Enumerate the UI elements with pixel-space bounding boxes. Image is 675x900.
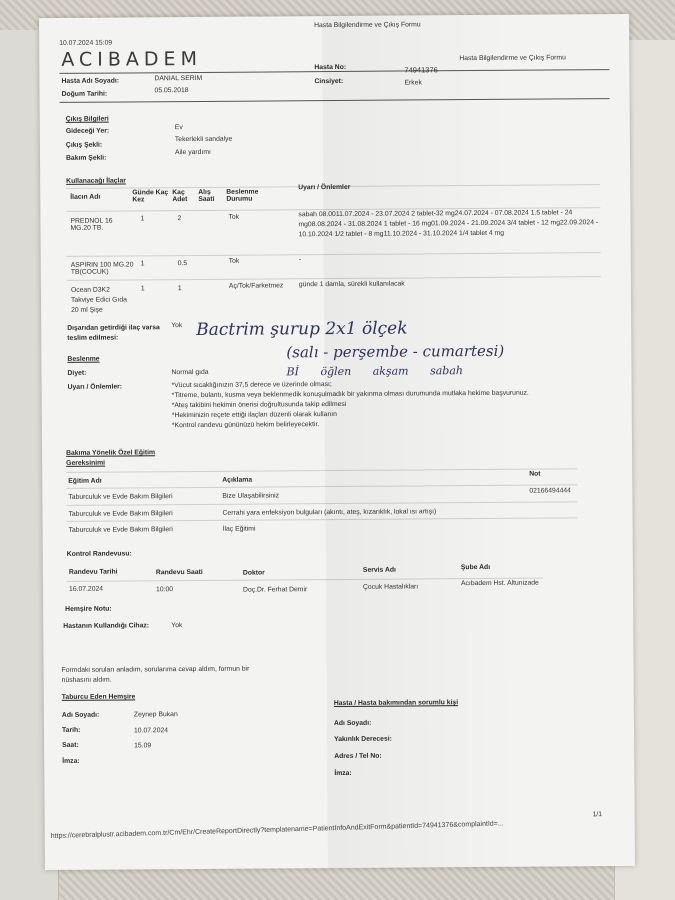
med-row-1-count: 2 [177, 215, 181, 222]
edu-row-3-desc: İlaç Eğitimi [223, 526, 256, 533]
med-col-time: Alış Saati [198, 189, 220, 203]
nurse-signature-label: İmza: [62, 758, 79, 765]
diet-label: Diyet: [67, 370, 86, 377]
edu-row-1-name: Taburculuk ve Evde Bakım Bilgileri [68, 493, 172, 501]
med-row-1-warning: sabah 08.0011.07.2024 - 23.07.2024 2 tab… [298, 208, 598, 240]
dob-value: 05.05.2018 [155, 87, 189, 94]
print-url: https://cerebralplustr.acibadem.com.tr/C… [51, 820, 504, 840]
med-row-3-nutrition: Aç/Tok/Farketmez [229, 282, 283, 289]
appointment-title: Kontrol Randevusu: [67, 550, 132, 557]
print-center-title: Hasta Bilgilendirme ve Çıkış Formu [314, 21, 421, 29]
discharge-title: Çıkış Bilgileri [66, 116, 109, 123]
nurse-note-label: Hemşire Notu: [65, 606, 112, 613]
med-row-2-nutrition: Tok [229, 258, 240, 265]
form-title: Hasta Bilgilendirme ve Çıkış Formu [459, 54, 566, 62]
exit-method-label: Çıkış Şekli: [66, 142, 102, 149]
patient-name: DANIAL SERIM [154, 75, 202, 82]
outside-meds-value: Yok [171, 322, 182, 329]
med-col-name: İlacın Adı [70, 194, 100, 201]
dob-label: Doğum Tarihi: [62, 91, 108, 98]
edu-row-divider [66, 501, 577, 506]
patient-name-label: Hasta Adı Soyadı: [61, 78, 119, 85]
med-row-3-count: 1 [178, 285, 182, 292]
education-title-line-2: Gereksinimi [66, 460, 105, 467]
guardian-contact-label: Adres / Tel No: [334, 753, 382, 760]
consent-statement: Formdaki soruları anladım, sorularıma ce… [62, 664, 277, 686]
nurse-date-value: 10.07.2024 [134, 727, 168, 734]
appt-col-doctor: Doktor [243, 570, 265, 577]
nutrition-title: Beslenme [67, 356, 99, 363]
med-row-2-per-day: 1 [141, 260, 145, 267]
handwritten-note-line-2: (salı - perşembe - cumartesi) [286, 342, 504, 362]
edu-row-1-desc: Bize Ulaşabilirsiniz [222, 492, 279, 499]
destination-label: Gideceği Yer: [66, 128, 109, 135]
appt-col-time: Randevu Saati [156, 569, 203, 576]
nurse-section-title: Taburcu Eden Hemşire [62, 693, 136, 701]
patient-no-label: Hasta No: [314, 64, 346, 71]
med-col-count: Kaç Adet [172, 189, 194, 203]
nurse-name-label: Adı Soyadı: [62, 712, 99, 719]
med-row-3-per-day: 1 [141, 285, 145, 292]
edu-row-2-desc: Cerrahi yara enfeksiyon bulguları (akınt… [222, 508, 436, 516]
outside-meds-label: Dışarıdan getirdiği ilaç varsa teslim ed… [67, 323, 177, 344]
appt-col-service: Servis Adı [363, 567, 396, 574]
page-number: 1/1 [593, 811, 603, 818]
exit-method-value: Tekerlekli sandalye [175, 136, 232, 143]
patient-no: 74941376 [404, 65, 437, 74]
med-col-warning: Uyarı / Önlemler [298, 184, 350, 191]
appt-doctor: Doç.Dr. Ferhat Demir [243, 586, 307, 593]
guardian-section-title: Hasta / Hasta bakımından sorumlu kişi [334, 699, 458, 707]
appt-col-date: Randevu Tarihi [69, 569, 118, 576]
edu-row-divider [67, 517, 578, 522]
handwritten-note-line-1: Bactrim şurup 2x1 ölçek [196, 319, 407, 340]
handwritten-note-line-3: Bİ öğlen akşam sabah [286, 364, 463, 378]
edu-row-1-note: 02166494444 [529, 487, 571, 494]
guardian-relation-label: Yakınlık Derecesi: [334, 736, 392, 743]
nurse-time-value: 15.09 [134, 742, 151, 749]
appt-date: 16.07.2024 [69, 586, 103, 593]
device-value: Yok [171, 622, 182, 629]
med-row-2-name: ASPIRIN 100 MG.20 TB(COCUK) [71, 261, 136, 275]
appt-time: 10:00 [156, 586, 173, 593]
education-title-line-1: Bakıma Yönelik Özel Eğitim [66, 449, 155, 457]
guardian-signature-label: İmza: [334, 770, 351, 777]
patient-divider [60, 98, 610, 103]
med-col-nutrition: Beslenme Durumu [226, 188, 276, 202]
med-row-3-warning: günde 1 damla, sürekli kullanılacak [299, 281, 405, 289]
nutrition-warning-4: *Hekiminizin reçete ettiği ilaçları düze… [172, 411, 337, 419]
nurse-name-value: Zeynep Bukan [134, 711, 178, 718]
nutrition-warning-1: *Vücut sıcaklığınızın 37,5 derece ve üze… [172, 381, 332, 389]
med-row-2-warning: - [299, 256, 301, 263]
edu-col-note: Not [529, 471, 540, 478]
med-col-per-day: Günde Kaç Kez [132, 189, 168, 203]
diet-value: Normal gıda [171, 369, 208, 376]
nurse-time-label: Saat: [62, 742, 79, 749]
edu-table-top [66, 468, 577, 473]
nurse-date-label: Tarih: [62, 727, 80, 734]
discharge-form-sheet: 10.07.2024 15:09 Hasta Bilgilendirme ve … [39, 14, 635, 870]
med-row-1-per-day: 1 [140, 215, 144, 222]
med-row-1-name: PREDNOL 16 MG.20 TB. [70, 217, 130, 231]
destination-value: Ev [175, 124, 183, 131]
edu-header-divider [66, 484, 577, 489]
care-type-value: Aile yardımı [175, 149, 211, 156]
med-row-divider [67, 252, 601, 257]
nutrition-warning-2: *Titreme, bulantı, kusma veya beklenmedi… [172, 390, 529, 399]
nutrition-warning-3: *Ateş takibini hekimin önerisi doğrultus… [172, 401, 347, 409]
edu-col-name: Eğitim Adı [68, 478, 101, 485]
edu-row-3-name: Taburculuk ve Evde Bakım Bilgileri [69, 526, 173, 534]
acibadem-logo: ACIBADEM [61, 48, 202, 71]
appt-service: Çocuk Hastalıkları [363, 583, 418, 590]
med-row-2-count: 0.5 [178, 260, 188, 267]
gender-value: Erkek [404, 79, 421, 86]
print-timestamp: 10.07.2024 15:09 [59, 40, 112, 47]
edu-col-desc: Açıklama [222, 477, 252, 484]
care-type-label: Bakım Şekli: [66, 155, 106, 162]
nutrition-warnings-label: Uyarı / Önlemler: [68, 383, 122, 390]
appt-col-branch: Şube Adı [461, 564, 490, 571]
med-row-3-name: Ocean D3K2 Takviye Edici Gıda 20 ml Şişe [71, 285, 133, 315]
medications-title: Kullanacağı İlaçlar [66, 177, 126, 184]
nutrition-warning-5: *Kontrol randevu gününüzü hekim belirley… [172, 421, 319, 429]
med-row-1-nutrition: Tok [228, 214, 239, 221]
appt-branch: Acıbadem Hst. Altunizade [461, 580, 539, 588]
device-label: Hastanın Kullandığı Cihaz: [63, 622, 149, 630]
gender-label: Cinsiyet: [314, 78, 343, 85]
edu-row-2-name: Taburculuk ve Evde Bakım Bilgileri [68, 510, 172, 518]
guardian-name-label: Adı Soyadı: [334, 720, 371, 727]
